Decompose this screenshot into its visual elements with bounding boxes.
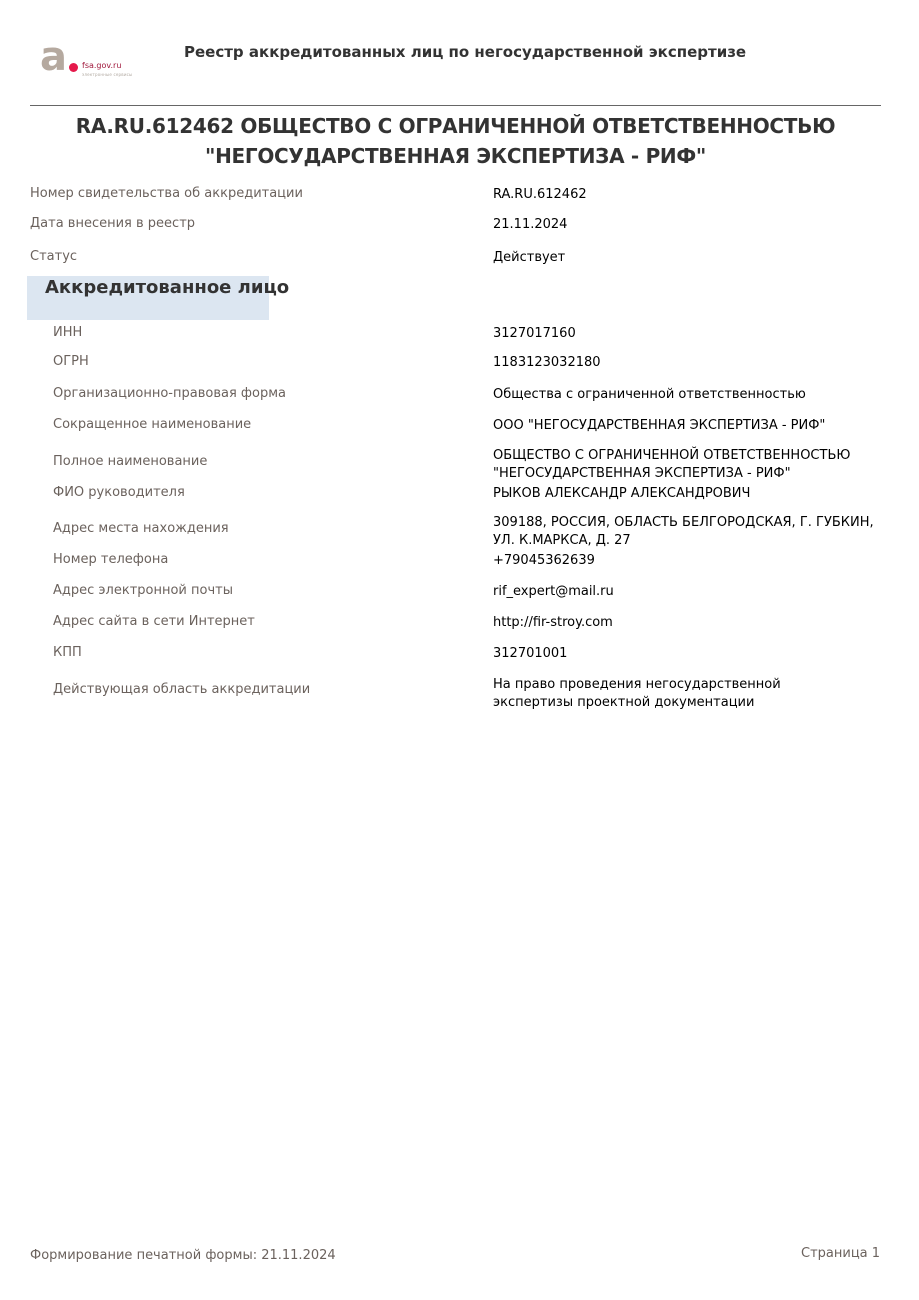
logo-dot-icon <box>69 63 78 72</box>
field-label: Организационно-правовая форма <box>53 386 286 401</box>
field-value: +79045362639 <box>493 552 893 570</box>
field-value: 3127017160 <box>493 325 893 343</box>
header-divider <box>30 105 881 106</box>
field-value: 21.11.2024 <box>493 216 893 234</box>
field-value: 1183123032180 <box>493 354 893 372</box>
field-label: ОГРН <box>53 354 89 369</box>
field-label: КПП <box>53 645 82 660</box>
logo-subtitle: электронные сервисы <box>82 72 132 77</box>
field-label: Номер телефона <box>53 552 168 567</box>
field-value: 309188, РОССИЯ, ОБЛАСТЬ БЕЛГОРОДСКАЯ, Г.… <box>493 514 888 550</box>
field-value: На право проведения негосударственной эк… <box>493 676 863 712</box>
page-number: Страница 1 <box>801 1246 880 1261</box>
section-title: Аккредитованное лицо <box>45 277 289 298</box>
field-label: Дата внесения в реестр <box>30 216 195 231</box>
registry-title: Реестр аккредитованных лиц по негосударс… <box>184 43 746 61</box>
field-label: Номер свидетельства об аккредитации <box>30 186 303 201</box>
document-title-line-2: "НЕГОСУДАРСТВЕННАЯ ЭКСПЕРТИЗА - РИФ" <box>30 141 881 171</box>
field-value: РЫКОВ АЛЕКСАНДР АЛЕКСАНДРОВИЧ <box>493 485 893 503</box>
field-label: Статус <box>30 249 77 264</box>
website-value: http://fir-stroy.com <box>493 614 893 632</box>
status-value: Действует <box>493 249 893 267</box>
field-label: Полное наименование <box>53 454 207 469</box>
field-label: ИНН <box>53 325 82 340</box>
field-value: ОБЩЕСТВО С ОГРАНИЧЕННОЙ ОТВЕТСТВЕННОСТЬЮ… <box>493 447 853 483</box>
field-label: ФИО руководителя <box>53 485 185 500</box>
email-value: rif_expert@mail.ru <box>493 583 893 601</box>
field-value: Общества с ограниченной ответственностью <box>493 386 893 404</box>
field-label: Адрес сайта в сети Интернет <box>53 614 255 629</box>
field-label: Сокращенное наименование <box>53 417 251 432</box>
document-title: RA.RU.612462 ОБЩЕСТВО С ОГРАНИЧЕННОЙ ОТВ… <box>30 111 881 171</box>
field-label: Адрес места нахождения <box>53 521 229 536</box>
fsa-logo: a fsa.gov.ru электронные сервисы <box>40 40 150 82</box>
field-value: ООО "НЕГОСУДАРСТВЕННАЯ ЭКСПЕРТИЗА - РИФ" <box>493 417 893 435</box>
logo-a-icon: a <box>40 40 67 74</box>
print-date: Формирование печатной формы: 21.11.2024 <box>30 1248 336 1263</box>
document-title-line-1: RA.RU.612462 ОБЩЕСТВО С ОГРАНИЧЕННОЙ ОТВ… <box>30 111 881 141</box>
field-value: RA.RU.612462 <box>493 186 893 204</box>
field-value: 312701001 <box>493 645 893 663</box>
field-label: Адрес электронной почты <box>53 583 233 598</box>
logo-site-text: fsa.gov.ru <box>82 61 121 70</box>
field-label: Действующая область аккредитации <box>53 682 310 697</box>
